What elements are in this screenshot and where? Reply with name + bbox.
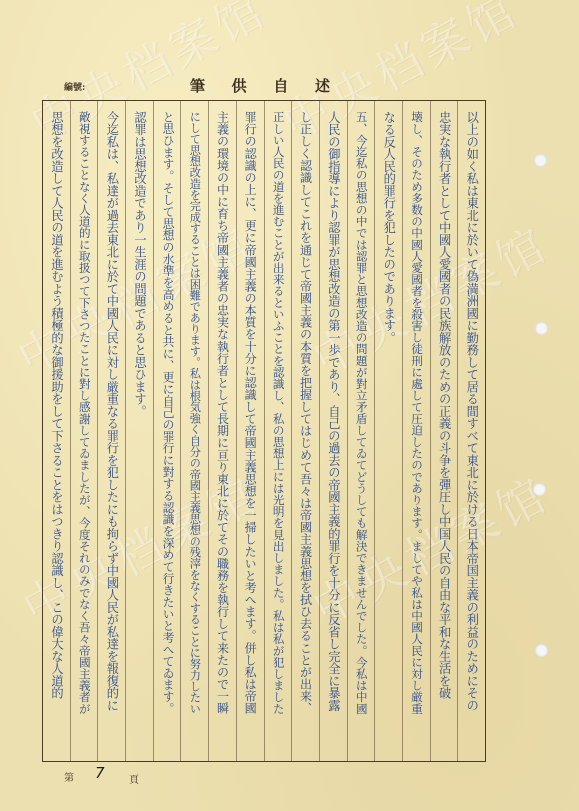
handwritten-line: 主義の環境の中に育ち帝國主義者の忠実な執行者として長期に亘り東北に於てその職務を… — [216, 111, 228, 761]
manuscript-column: と思ひます。そして思想の水準を高めると共に、更に自己の罪行に對する認識を深めて行… — [153, 101, 181, 761]
manuscript-column: 主義の環境の中に育ち帝國主義者の忠実な執行者として長期に亘り東北に於てその職務を… — [208, 101, 236, 761]
manuscript-column: 正しい人民の道を進むことが出来るといふことを認識し、私の思想上には光明を見出しま… — [264, 101, 292, 761]
manuscript-column: にして思想改造を完成することは困難であります。私は根気強く自分の帝國主義思想の残… — [180, 101, 208, 761]
manuscript-column: し正しく認識してこれを通じて帝國主義の本質を把握してはじめて吾々は帝國主義思想を… — [291, 101, 319, 761]
form-title-char: 自 — [273, 75, 288, 96]
manuscript-column: 今迄私は、私達が過去東北に於て中國人民に対し厳重なる罪行を犯したにも拘らず中國人… — [97, 101, 125, 761]
page-label-prefix: 第 — [64, 769, 74, 784]
handwritten-line: し正しく認識してこれを通じて帝國主義の本質を把握してはじめて吾々は帝國主義思想を… — [300, 111, 312, 761]
handwritten-line: 忠実な執行者として中國人愛國者の民族解放のための正義の斗争を彈圧し中国人民の自由… — [438, 111, 450, 761]
binding-hole — [535, 322, 548, 335]
handwritten-line: 敵視することなく人道的に取扱つて下さつたことに對し感謝してゐましたが、今度それの… — [78, 111, 90, 761]
form-header: 編號: 筆 供 自 述 — [0, 72, 579, 96]
binding-hole — [533, 483, 546, 496]
page-footer: 第 7 頁 — [0, 764, 579, 788]
manuscript-column: 罪行の認識の上に、更に帝國主義の本質を十分に認識して帝國主義思想を一掃したいと考… — [236, 101, 264, 761]
handwritten-line: 認罪は思想改造であり一生涯の問題であると思ひます。 — [133, 111, 145, 761]
handwritten-line: 壊し、そのため多数の中國人愛國者を殺害し徒刑に處して圧迫したのであります。まして… — [410, 111, 422, 761]
manuscript-column: 以上の如く私は東北に於いて偽満洲國に勤務して居る間すべて東北に於ける日本帝国主義… — [457, 101, 485, 761]
handwritten-line: なる反人民的罪行を犯したのであります。 — [382, 111, 394, 761]
binding-hole — [534, 154, 547, 167]
manuscript-column: なる反人民的罪行を犯したのであります。 — [374, 101, 402, 761]
handwritten-line: と思ひます。そして思想の水準を高めると共に、更に自己の罪行に對する認識を深めて行… — [161, 111, 173, 761]
handwritten-line: にして思想改造を完成することは困難であります。私は根気強く自分の帝國主義思想の残… — [189, 111, 200, 761]
manuscript-grid: 以上の如く私は東北に於いて偽満洲國に勤務して居る間すべて東北に於ける日本帝国主義… — [42, 100, 486, 762]
handwritten-line: 今迄私は、私達が過去東北に於て中國人民に対し厳重なる罪行を犯したにも拘らず中國人… — [106, 111, 118, 761]
manuscript-column: 五、今迄私の思想の中では認罪と思想改造の問題が對立矛盾してゐてどうしても解決でき… — [347, 101, 375, 761]
serial-number-label: 編號: — [64, 80, 85, 93]
page-label-suffix: 頁 — [129, 771, 139, 786]
manuscript-column: 思想を改造して人民の道を進むよう積極的な御援助をして下さることをはつきり認識し、… — [43, 101, 70, 761]
handwritten-line: 人民の御指導により認罪が思想改造の第一歩であり、自己の過去の帝國主義的罪行を十分… — [327, 111, 339, 761]
handwritten-line: 以上の如く私は東北に於いて偽満洲國に勤務して居る間すべて東北に於ける日本帝国主義… — [466, 111, 478, 761]
manuscript-column: 認罪は思想改造であり一生涯の問題であると思ひます。 — [125, 101, 153, 761]
manuscript-column: 忠実な執行者として中國人愛國者の民族解放のための正義の斗争を彈圧し中国人民の自由… — [430, 101, 458, 761]
manuscript-column: 壊し、そのため多数の中國人愛國者を殺害し徒刑に處して圧迫したのであります。まして… — [402, 101, 430, 761]
form-title-char: 述 — [315, 75, 330, 96]
handwritten-line: 五、今迄私の思想の中では認罪と思想改造の問題が對立矛盾してゐてどうしても解決でき… — [355, 111, 367, 761]
form-title: 筆 供 自 述 — [190, 75, 330, 96]
handwritten-line: 思想を改造して人民の道を進むよう積極的な御援助をして下さることをはつきり認識し、… — [50, 111, 62, 761]
handwritten-line: 罪行の認識の上に、更に帝國主義の本質を十分に認識して帝國主義思想を一掃したいと考… — [244, 111, 256, 761]
manuscript-column: 人民の御指導により認罪が思想改造の第一歩であり、自己の過去の帝國主義的罪行を十分… — [319, 101, 347, 761]
form-title-char: 筆 — [190, 75, 205, 96]
handwritten-line: 正しい人民の道を進むことが出来るといふことを認識し、私の思想上には光明を見出しま… — [272, 111, 284, 761]
binding-hole — [535, 644, 548, 657]
manuscript-column: 敵視することなく人道的に取扱つて下さつたことに對し感謝してゐましたが、今度それの… — [70, 101, 98, 761]
form-title-char: 供 — [232, 75, 247, 96]
page-number: 7 — [95, 764, 105, 782]
